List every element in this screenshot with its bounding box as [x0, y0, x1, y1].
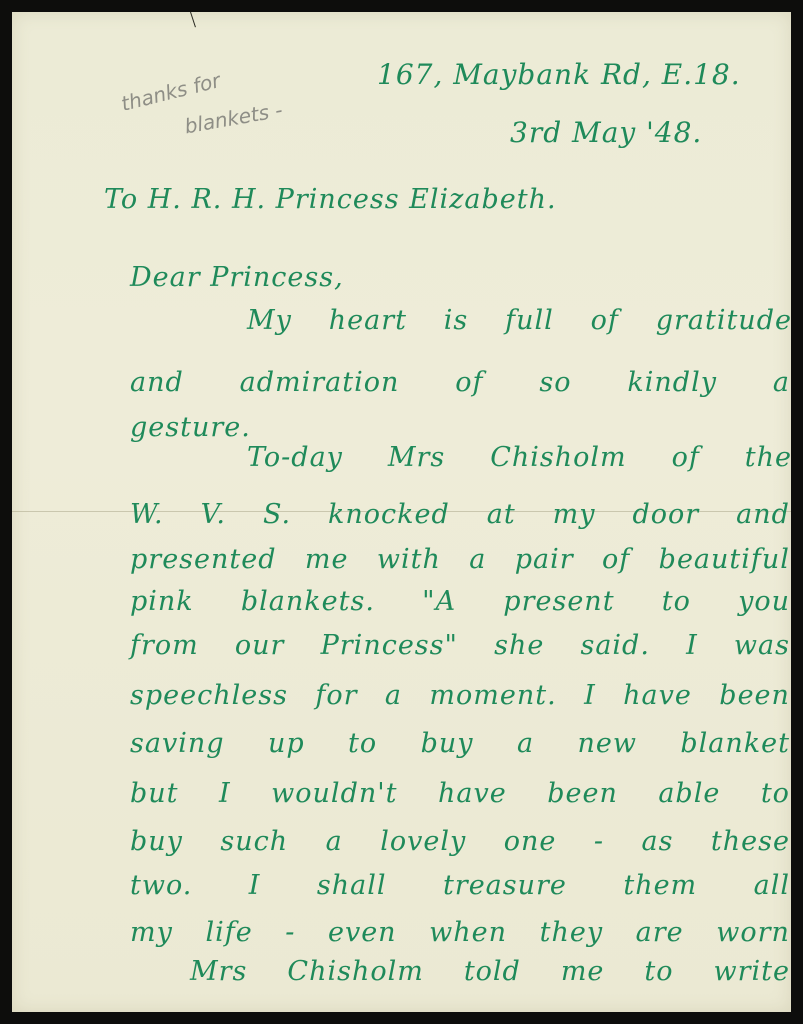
word: lovely — [380, 826, 466, 857]
body-line: gesture. — [130, 412, 251, 443]
word: - — [594, 826, 604, 857]
word: - — [285, 917, 295, 948]
word: write — [714, 956, 790, 987]
word: of — [455, 367, 483, 398]
word: the — [745, 442, 792, 473]
word: "A — [422, 586, 456, 617]
letter-date: 3rd May '48. — [510, 116, 702, 149]
body-line: presentedmewithapairofbeautiful — [130, 544, 790, 575]
word: a — [773, 367, 790, 398]
word: you — [738, 586, 790, 617]
word: are — [636, 917, 684, 948]
word: of — [591, 305, 619, 336]
body-line: fromourPrincess"shesaid.Iwas — [130, 630, 790, 661]
salutation: Dear Princess, — [130, 262, 344, 293]
word: Mrs — [388, 442, 445, 473]
word: to — [644, 956, 673, 987]
word: able — [658, 778, 720, 809]
body-line: MrsChisholmtoldmetowrite — [190, 956, 790, 987]
body-line: buysuchalovelyone-asthese — [130, 826, 790, 857]
word: up — [268, 728, 305, 759]
word: these — [711, 826, 790, 857]
word: full — [505, 305, 554, 336]
word: S. — [263, 499, 291, 530]
word: Chisholm — [287, 956, 423, 987]
word: said. — [580, 630, 649, 661]
word: have — [623, 680, 692, 711]
word: heart — [329, 305, 407, 336]
word: all — [754, 870, 790, 901]
word: one — [504, 826, 557, 857]
pencil-annotation-line-2: blankets - — [183, 98, 285, 139]
word: me — [305, 544, 349, 575]
word: present — [503, 586, 614, 617]
word: buy — [130, 826, 183, 857]
body-line: andadmirationofsokindlya — [130, 367, 790, 398]
word: of — [672, 442, 700, 473]
word: knocked — [328, 499, 450, 530]
word: a — [326, 826, 343, 857]
word: W. — [130, 499, 164, 530]
word: and — [736, 499, 790, 530]
word: my — [553, 499, 596, 530]
word: to — [662, 586, 691, 617]
word: presented — [130, 544, 277, 575]
body-line: To-dayMrsChisholmofthe — [247, 442, 792, 473]
recipient-line: To H. R. H. Princess Elizabeth. — [104, 184, 557, 215]
word: told — [464, 956, 521, 987]
letter-page: thanks for blankets - 167, Maybank Rd, E… — [12, 12, 791, 1012]
sender-address: 167, Maybank Rd, E.18. — [377, 58, 741, 91]
word: To-day — [247, 442, 343, 473]
word: admiration — [240, 367, 400, 398]
word: life — [205, 917, 252, 948]
word: at — [487, 499, 516, 530]
word: but — [130, 778, 179, 809]
word: a — [469, 544, 486, 575]
word: new — [577, 728, 636, 759]
word: been — [547, 778, 618, 809]
word: our — [235, 630, 285, 661]
word: she — [494, 630, 544, 661]
word: such — [220, 826, 288, 857]
word: a — [385, 680, 402, 711]
word: I — [249, 870, 261, 901]
word: Princess" — [321, 630, 458, 661]
word: shall — [317, 870, 387, 901]
body-line: butIwouldn'thavebeenableto — [130, 778, 790, 809]
word: moment. — [429, 680, 556, 711]
word: treasure — [443, 870, 567, 901]
body-line: W.V.S.knockedatmydoorand — [130, 499, 790, 530]
word: I — [584, 680, 596, 711]
word: pair — [515, 544, 574, 575]
word: with — [377, 544, 441, 575]
body-line: savinguptobuyanewblanket — [130, 728, 790, 759]
word: gratitude — [656, 305, 792, 336]
word: worn — [716, 917, 790, 948]
word: as — [641, 826, 673, 857]
word: is — [444, 305, 469, 336]
word: and — [130, 367, 184, 398]
word: my — [130, 917, 173, 948]
word: have — [438, 778, 507, 809]
word: so — [539, 367, 571, 398]
word: them — [623, 870, 697, 901]
word: door — [633, 499, 700, 530]
word: Chisholm — [490, 442, 626, 473]
word: two. — [130, 870, 192, 901]
word: saving — [130, 728, 225, 759]
word: to — [348, 728, 377, 759]
word: me — [561, 956, 605, 987]
body-line: two.Ishalltreasurethemall — [130, 870, 790, 901]
word: was — [734, 630, 790, 661]
word: they — [540, 917, 603, 948]
word: to — [761, 778, 790, 809]
word: speechless — [130, 680, 288, 711]
word: beautiful — [659, 544, 790, 575]
word: been — [719, 680, 790, 711]
word: when — [429, 917, 507, 948]
word: even — [328, 917, 397, 948]
word: from — [130, 630, 199, 661]
word: kindly — [627, 367, 717, 398]
pencil-annotation-line-1: thanks for — [119, 68, 223, 116]
body-line: speechlessforamoment.Ihavebeen — [130, 680, 790, 711]
body-line: pinkblankets."Apresenttoyou — [130, 586, 790, 617]
word: of — [602, 544, 630, 575]
word: for — [315, 680, 357, 711]
word: My — [247, 305, 292, 336]
word: pink — [130, 586, 194, 617]
word: blanket — [680, 728, 790, 759]
word: I — [219, 778, 231, 809]
body-line: mylife-evenwhentheyareworn — [130, 917, 790, 948]
word: buy — [421, 728, 474, 759]
body-line: Myheartisfullofgratitude — [247, 305, 792, 336]
word: I — [686, 630, 698, 661]
word: V. — [201, 499, 226, 530]
paper-tear-mark — [190, 12, 196, 28]
word: blankets. — [241, 586, 375, 617]
word: Mrs — [190, 956, 247, 987]
word: a — [517, 728, 534, 759]
word: wouldn't — [271, 778, 397, 809]
